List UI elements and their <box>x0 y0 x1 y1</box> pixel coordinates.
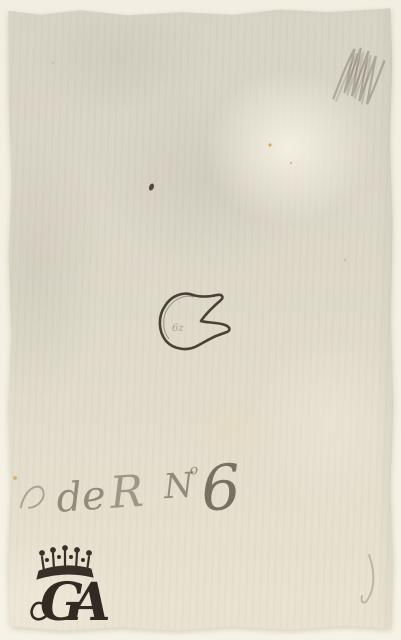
monogram-letters: GA <box>40 572 108 633</box>
marks-layer: 6z de R N o 6 <box>0 0 401 640</box>
ink-collector-mark-icon: 6z <box>160 294 230 349</box>
center-mark-faint-text: 6z <box>172 323 184 334</box>
inscription-letter-r: R <box>107 466 145 519</box>
inscription-superscript-o: o <box>189 462 199 479</box>
inscription-word-de: de <box>55 472 107 521</box>
faint-pencil-stroke <box>362 555 374 603</box>
artwork-photo: 6z de R N o 6 <box>0 0 401 640</box>
crowned-monogram-stamp: GA <box>32 546 109 633</box>
handwritten-inscription: de R N o 6 <box>18 450 243 538</box>
graphite-scribble-icon <box>333 45 385 107</box>
inscription-number-6: 6 <box>199 450 243 526</box>
foxing-specks <box>13 62 346 480</box>
dark-fleck <box>148 183 155 191</box>
inscription-lead-flourish <box>20 486 45 508</box>
